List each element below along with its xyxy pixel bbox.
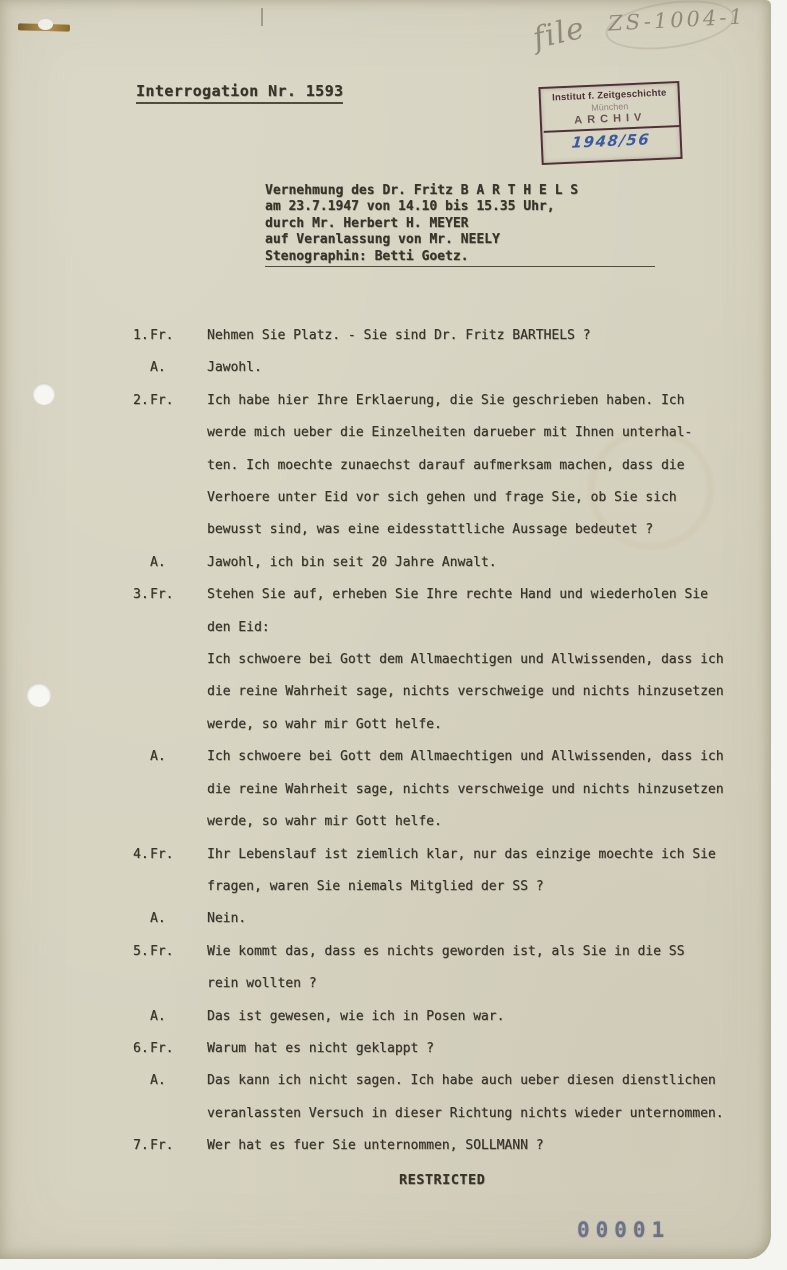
qa-number bbox=[133, 417, 150, 449]
qa-speaker-label bbox=[150, 514, 207, 546]
qa-line: 5. Fr. Wie kommt das, dass es nichts gew… bbox=[133, 936, 747, 968]
qa-line: 4. Fr. Ihr Lebenslauf ist ziemlich klar,… bbox=[133, 839, 747, 871]
qa-speaker-label bbox=[150, 709, 207, 741]
archive-stamp-number: 1948/56 bbox=[542, 125, 681, 153]
hole-punch-top bbox=[33, 383, 55, 405]
qa-number: 3. bbox=[133, 579, 150, 611]
qa-speaker-label: A. bbox=[150, 352, 207, 384]
qa-number: 5. bbox=[133, 936, 150, 968]
qa-number: 6. bbox=[133, 1033, 150, 1065]
qa-line: 2. Fr. Ich habe hier Ihre Erklaerung, di… bbox=[133, 385, 747, 417]
qa-text: Wie kommt das, dass es nichts geworden i… bbox=[207, 936, 747, 968]
qa-number bbox=[133, 1001, 150, 1033]
pencil-tick-mark bbox=[261, 8, 263, 26]
qa-number: 1. bbox=[133, 320, 150, 352]
session-header-line: auf Veranlassung von Mr. NEELY bbox=[265, 232, 655, 248]
qa-text: Wer hat es fuer Sie unternommen, SOLLMAN… bbox=[207, 1130, 747, 1162]
qa-line: werde mich ueber die Einzelheiten darueb… bbox=[133, 417, 747, 449]
qa-speaker-label: A. bbox=[150, 903, 207, 935]
qa-line: ten. Ich moechte zunaechst darauf aufmer… bbox=[133, 450, 747, 482]
qa-line: bewusst sind, was eine eidesstattliche A… bbox=[133, 514, 747, 546]
qa-text: Ihr Lebenslauf ist ziemlich klar, nur da… bbox=[207, 839, 747, 871]
qa-text: fragen, waren Sie niemals Mitglied der S… bbox=[207, 871, 747, 903]
file-annotation: file bbox=[530, 11, 589, 57]
qa-number bbox=[133, 741, 150, 773]
qa-speaker-label bbox=[150, 968, 207, 1000]
qa-text: Nein. bbox=[207, 903, 747, 935]
qa-line: A. Nein. bbox=[133, 903, 747, 935]
qa-line: werde, so wahr mir Gott helfe. bbox=[133, 709, 747, 741]
qa-line: die reine Wahrheit sage, nichts verschwe… bbox=[133, 774, 747, 806]
session-header-line: am 23.7.1947 von 14.10 bis 15.35 Uhr, bbox=[265, 199, 655, 215]
qa-speaker-label: Fr. bbox=[150, 1130, 207, 1162]
qa-text: Stehen Sie auf, erheben Sie Ihre rechte … bbox=[207, 579, 747, 611]
qa-line: Verhoere unter Eid vor sich gehen und fr… bbox=[133, 482, 747, 514]
qa-speaker-label: Fr. bbox=[150, 385, 207, 417]
qa-line: 6. Fr. Warum hat es nicht geklappt ? bbox=[133, 1033, 747, 1065]
staple-mark-highlight bbox=[38, 19, 53, 30]
qa-number bbox=[133, 1098, 150, 1130]
qa-number bbox=[133, 871, 150, 903]
qa-text: rein wollten ? bbox=[207, 968, 747, 1000]
qa-speaker-label: A. bbox=[150, 1001, 207, 1033]
qa-speaker-label bbox=[150, 1098, 207, 1130]
hole-punch-bottom bbox=[27, 683, 51, 707]
qa-text: Ich schwoere bei Gott dem Allmaechtigen … bbox=[207, 644, 747, 676]
qa-speaker-label bbox=[150, 774, 207, 806]
qa-number bbox=[133, 1065, 150, 1097]
qa-text: Nehmen Sie Platz. - Sie sind Dr. Fritz B… bbox=[207, 320, 747, 352]
session-header: Vernehmung des Dr. Fritz B A R T H E L S… bbox=[265, 183, 655, 267]
qa-line: rein wollten ? bbox=[133, 968, 747, 1000]
qa-line: 3. Fr. Stehen Sie auf, erheben Sie Ihre … bbox=[133, 579, 747, 611]
qa-text: den Eid: bbox=[207, 612, 747, 644]
document-title: Interrogation Nr. 1593 bbox=[136, 82, 343, 104]
qa-number: 2. bbox=[133, 385, 150, 417]
qa-text: Verhoere unter Eid vor sich gehen und fr… bbox=[207, 482, 747, 514]
qa-number bbox=[133, 547, 150, 579]
qa-number bbox=[133, 968, 150, 1000]
qa-line: 1. Fr. Nehmen Sie Platz. - Sie sind Dr. … bbox=[133, 320, 747, 352]
qa-number bbox=[133, 482, 150, 514]
qa-speaker-label bbox=[150, 644, 207, 676]
qa-number bbox=[133, 450, 150, 482]
qa-line: Ich schwoere bei Gott dem Allmaechtigen … bbox=[133, 644, 747, 676]
qa-line: den Eid: bbox=[133, 612, 747, 644]
qa-speaker-label bbox=[150, 871, 207, 903]
qa-number bbox=[133, 774, 150, 806]
qa-text: die reine Wahrheit sage, nichts verschwe… bbox=[207, 774, 747, 806]
qa-text: ten. Ich moechte zunaechst darauf aufmer… bbox=[207, 450, 747, 482]
qa-line: die reine Wahrheit sage, nichts verschwe… bbox=[133, 676, 747, 708]
qa-number: 7. bbox=[133, 1130, 150, 1162]
qa-number bbox=[133, 903, 150, 935]
qa-text: werde, so wahr mir Gott helfe. bbox=[207, 806, 747, 838]
qa-speaker-label bbox=[150, 450, 207, 482]
qa-speaker-label: A. bbox=[150, 741, 207, 773]
qa-text: Das kann ich nicht sagen. Ich habe auch … bbox=[207, 1065, 747, 1097]
classification-marking: RESTRICTED bbox=[399, 1172, 485, 1188]
qa-number bbox=[133, 352, 150, 384]
qa-number: 4. bbox=[133, 839, 150, 871]
qa-text: bewusst sind, was eine eidesstattliche A… bbox=[207, 514, 747, 546]
qa-number bbox=[133, 676, 150, 708]
qa-number bbox=[133, 612, 150, 644]
qa-text: Jawohl. bbox=[207, 352, 747, 384]
qa-line: A. Jawohl, ich bin seit 20 Jahre Anwalt. bbox=[133, 547, 747, 579]
qa-text: Jawohl, ich bin seit 20 Jahre Anwalt. bbox=[207, 547, 747, 579]
qa-text: Das ist gewesen, wie ich in Posen war. bbox=[207, 1001, 747, 1033]
session-header-stenographer-line: Stenographin: Betti Goetz. bbox=[265, 249, 655, 267]
qa-line: veranlassten Versuch in dieser Richtung … bbox=[133, 1098, 747, 1130]
qa-text: Ich habe hier Ihre Erklaerung, die Sie g… bbox=[207, 385, 747, 417]
qa-text: die reine Wahrheit sage, nichts verschwe… bbox=[207, 676, 747, 708]
qa-number bbox=[133, 806, 150, 838]
qa-speaker-label: Fr. bbox=[150, 936, 207, 968]
qa-text: werde, so wahr mir Gott helfe. bbox=[207, 709, 747, 741]
page-number-stamp: 00001 bbox=[577, 1218, 670, 1242]
qa-text: Warum hat es nicht geklappt ? bbox=[207, 1033, 747, 1065]
qa-line: werde, so wahr mir Gott helfe. bbox=[133, 806, 747, 838]
qa-number bbox=[133, 709, 150, 741]
session-header-line: durch Mr. Herbert H. MEYER bbox=[265, 216, 655, 232]
archive-stamp: Institut f. Zeitgeschichte München ARCHI… bbox=[538, 81, 682, 165]
qa-speaker-label bbox=[150, 806, 207, 838]
qa-line: fragen, waren Sie niemals Mitglied der S… bbox=[133, 871, 747, 903]
qa-number bbox=[133, 514, 150, 546]
qa-speaker-label: Fr. bbox=[150, 320, 207, 352]
qa-line: A. Das kann ich nicht sagen. Ich habe au… bbox=[133, 1065, 747, 1097]
qa-speaker-label bbox=[150, 612, 207, 644]
qa-text: veranlassten Versuch in dieser Richtung … bbox=[207, 1098, 747, 1130]
qa-line: A. Jawohl. bbox=[133, 352, 747, 384]
qa-line: A. Ich schwoere bei Gott dem Allmaechtig… bbox=[133, 741, 747, 773]
qa-speaker-label bbox=[150, 676, 207, 708]
qa-speaker-label bbox=[150, 482, 207, 514]
qa-line: 7. Fr. Wer hat es fuer Sie unternommen, … bbox=[133, 1130, 747, 1162]
qa-number bbox=[133, 644, 150, 676]
qa-text: Ich schwoere bei Gott dem Allmaechtigen … bbox=[207, 741, 747, 773]
catalog-number-annotation: ZS-1004-1 bbox=[607, 4, 746, 35]
qa-speaker-label: A. bbox=[150, 547, 207, 579]
qa-speaker-label: Fr. bbox=[150, 579, 207, 611]
session-header-line: Vernehmung des Dr. Fritz B A R T H E L S bbox=[265, 183, 655, 199]
qa-speaker-label: Fr. bbox=[150, 839, 207, 871]
qa-transcript: 1. Fr. Nehmen Sie Platz. - Sie sind Dr. … bbox=[133, 320, 747, 1163]
qa-speaker-label bbox=[150, 417, 207, 449]
qa-line: A. Das ist gewesen, wie ich in Posen war… bbox=[133, 1001, 747, 1033]
qa-speaker-label: Fr. bbox=[150, 1033, 207, 1065]
qa-text: werde mich ueber die Einzelheiten darueb… bbox=[207, 417, 747, 449]
document-page: file ZS-1004-1 Interrogation Nr. 1593 In… bbox=[0, 0, 771, 1259]
qa-speaker-label: A. bbox=[150, 1065, 207, 1097]
